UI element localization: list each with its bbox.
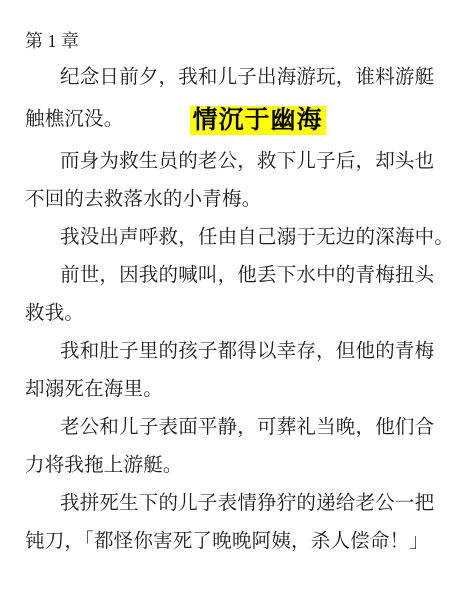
chapter-content: 纪念日前夕，我和儿子出海游玩，谁料游艇 触樵沉没。 情沉于幽海 而身为救生员的老… <box>25 59 449 561</box>
text-line: 却溺死在海里。 <box>25 371 449 409</box>
reader-page: 第 1 章 纪念日前夕，我和儿子出海游玩，谁料游艇 触樵沉没。 情沉于幽海 而身… <box>0 0 463 600</box>
text-line: 而身为救生员的老公，救下儿子后，却头也 <box>25 143 449 181</box>
text-line: 我和肚子里的孩子都得以幸存，但他的青梅 <box>25 333 449 371</box>
text-line: 力将我拖上游艇。 <box>25 447 449 485</box>
text-line: 纪念日前夕，我和儿子出海游玩，谁料游艇 <box>25 59 449 97</box>
text-line: 不回的去救落水的小青梅。 <box>25 181 449 219</box>
text-line: 老公和儿子表面平静，可葬礼当晚，他们合 <box>25 409 449 447</box>
text-line: 钝刀，「都怪你害死了晚晚阿姨，杀人偿命！」 <box>25 523 449 561</box>
book-title-watermark: 情沉于幽海 <box>190 106 326 135</box>
text-line: 我没出声呼救，任由自己溺于无边的深海中。 <box>25 219 449 257</box>
text-line: 前世，因我的喊叫，他丢下水中的青梅扭头 <box>25 257 449 295</box>
text-line-with-watermark: 触樵沉没。 情沉于幽海 <box>25 97 449 143</box>
text-line-part: 触樵沉没。 <box>25 101 124 139</box>
chapter-heading: 第 1 章 <box>25 28 449 54</box>
text-line: 救我。 <box>25 295 449 333</box>
text-line: 我拼死生下的儿子表情狰狞的递给老公一把 <box>25 485 449 523</box>
